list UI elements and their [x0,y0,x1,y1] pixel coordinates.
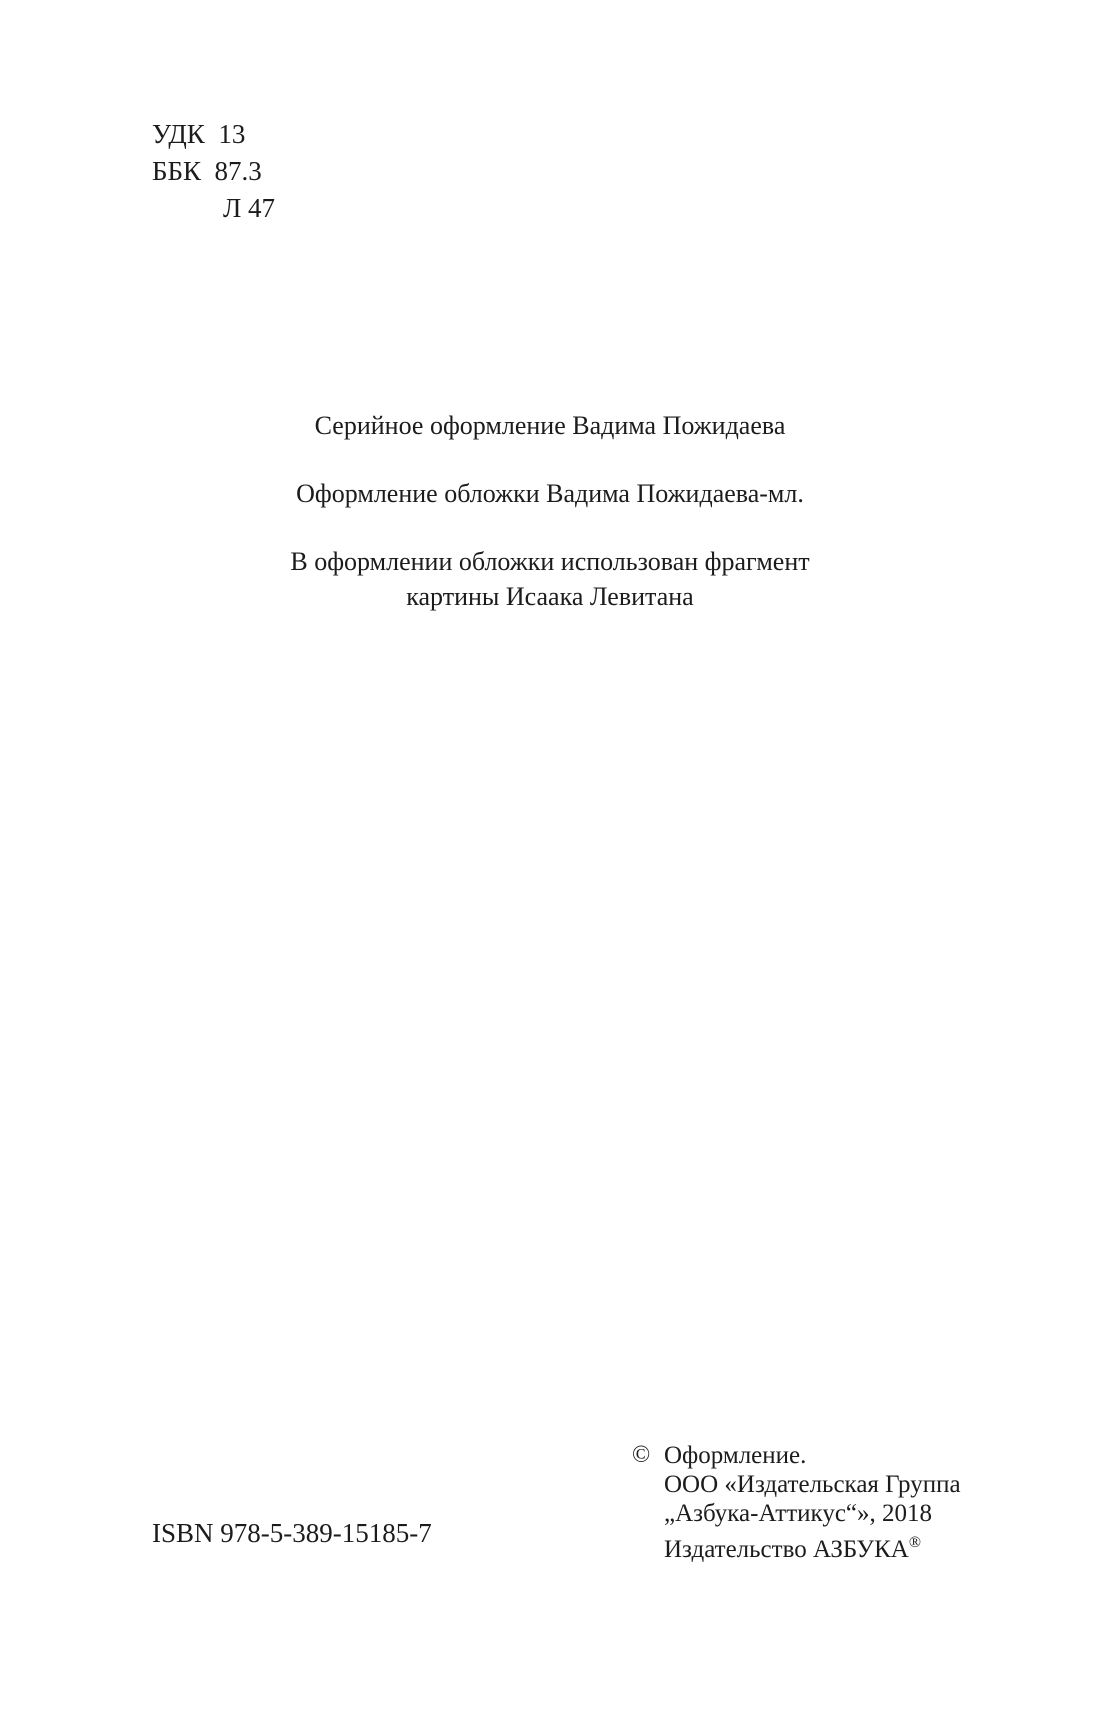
cover-design-credit: Оформление обложки Вадима Пожидаева-мл. [0,476,1100,511]
bbk-value: 87.3 [215,156,262,186]
copyright-block: © Оформление. ООО «Издательская Группа „… [632,1441,961,1564]
bbk-row: ББК 87.3 [152,153,275,190]
cover-art-line-2: картины Исаака Левитана [0,579,1100,614]
bbk-label: ББК [152,156,201,186]
design-credits: Серийное оформление Вадима Пожидаева Офо… [0,408,1100,647]
cover-art-line-1: В оформлении обложки использован фрагмен… [0,544,1100,579]
copyright-icon: © [632,1441,650,1470]
author-mark: Л 47 [152,190,275,227]
registered-trademark-icon: ® [909,1534,921,1551]
publisher-name: Издательство АЗБУКА [664,1536,909,1563]
cover-art-credit: В оформлении обложки использован фрагмен… [0,544,1100,614]
series-design-credit: Серийное оформление Вадима Пожидаева [0,408,1100,443]
isbn-number: ISBN 978-5-389-15185-7 [152,1518,432,1549]
udk-row: УДК 13 [152,116,275,153]
book-imprint-page: УДК 13 ББК 87.3 Л 47 Серийное оформление… [0,0,1100,1721]
library-classification: УДК 13 ББК 87.3 Л 47 [152,116,275,227]
copyright-line-2: ООО «Издательская Группа [664,1470,961,1499]
copyright-line-3: „Азбука-Аттикус“», 2018 [664,1499,961,1528]
copyright-line-1: Оформление. [664,1441,961,1470]
udk-label: УДК [152,119,205,149]
udk-value: 13 [218,119,245,149]
copyright-line-4: Издательство АЗБУКА® [664,1528,961,1564]
